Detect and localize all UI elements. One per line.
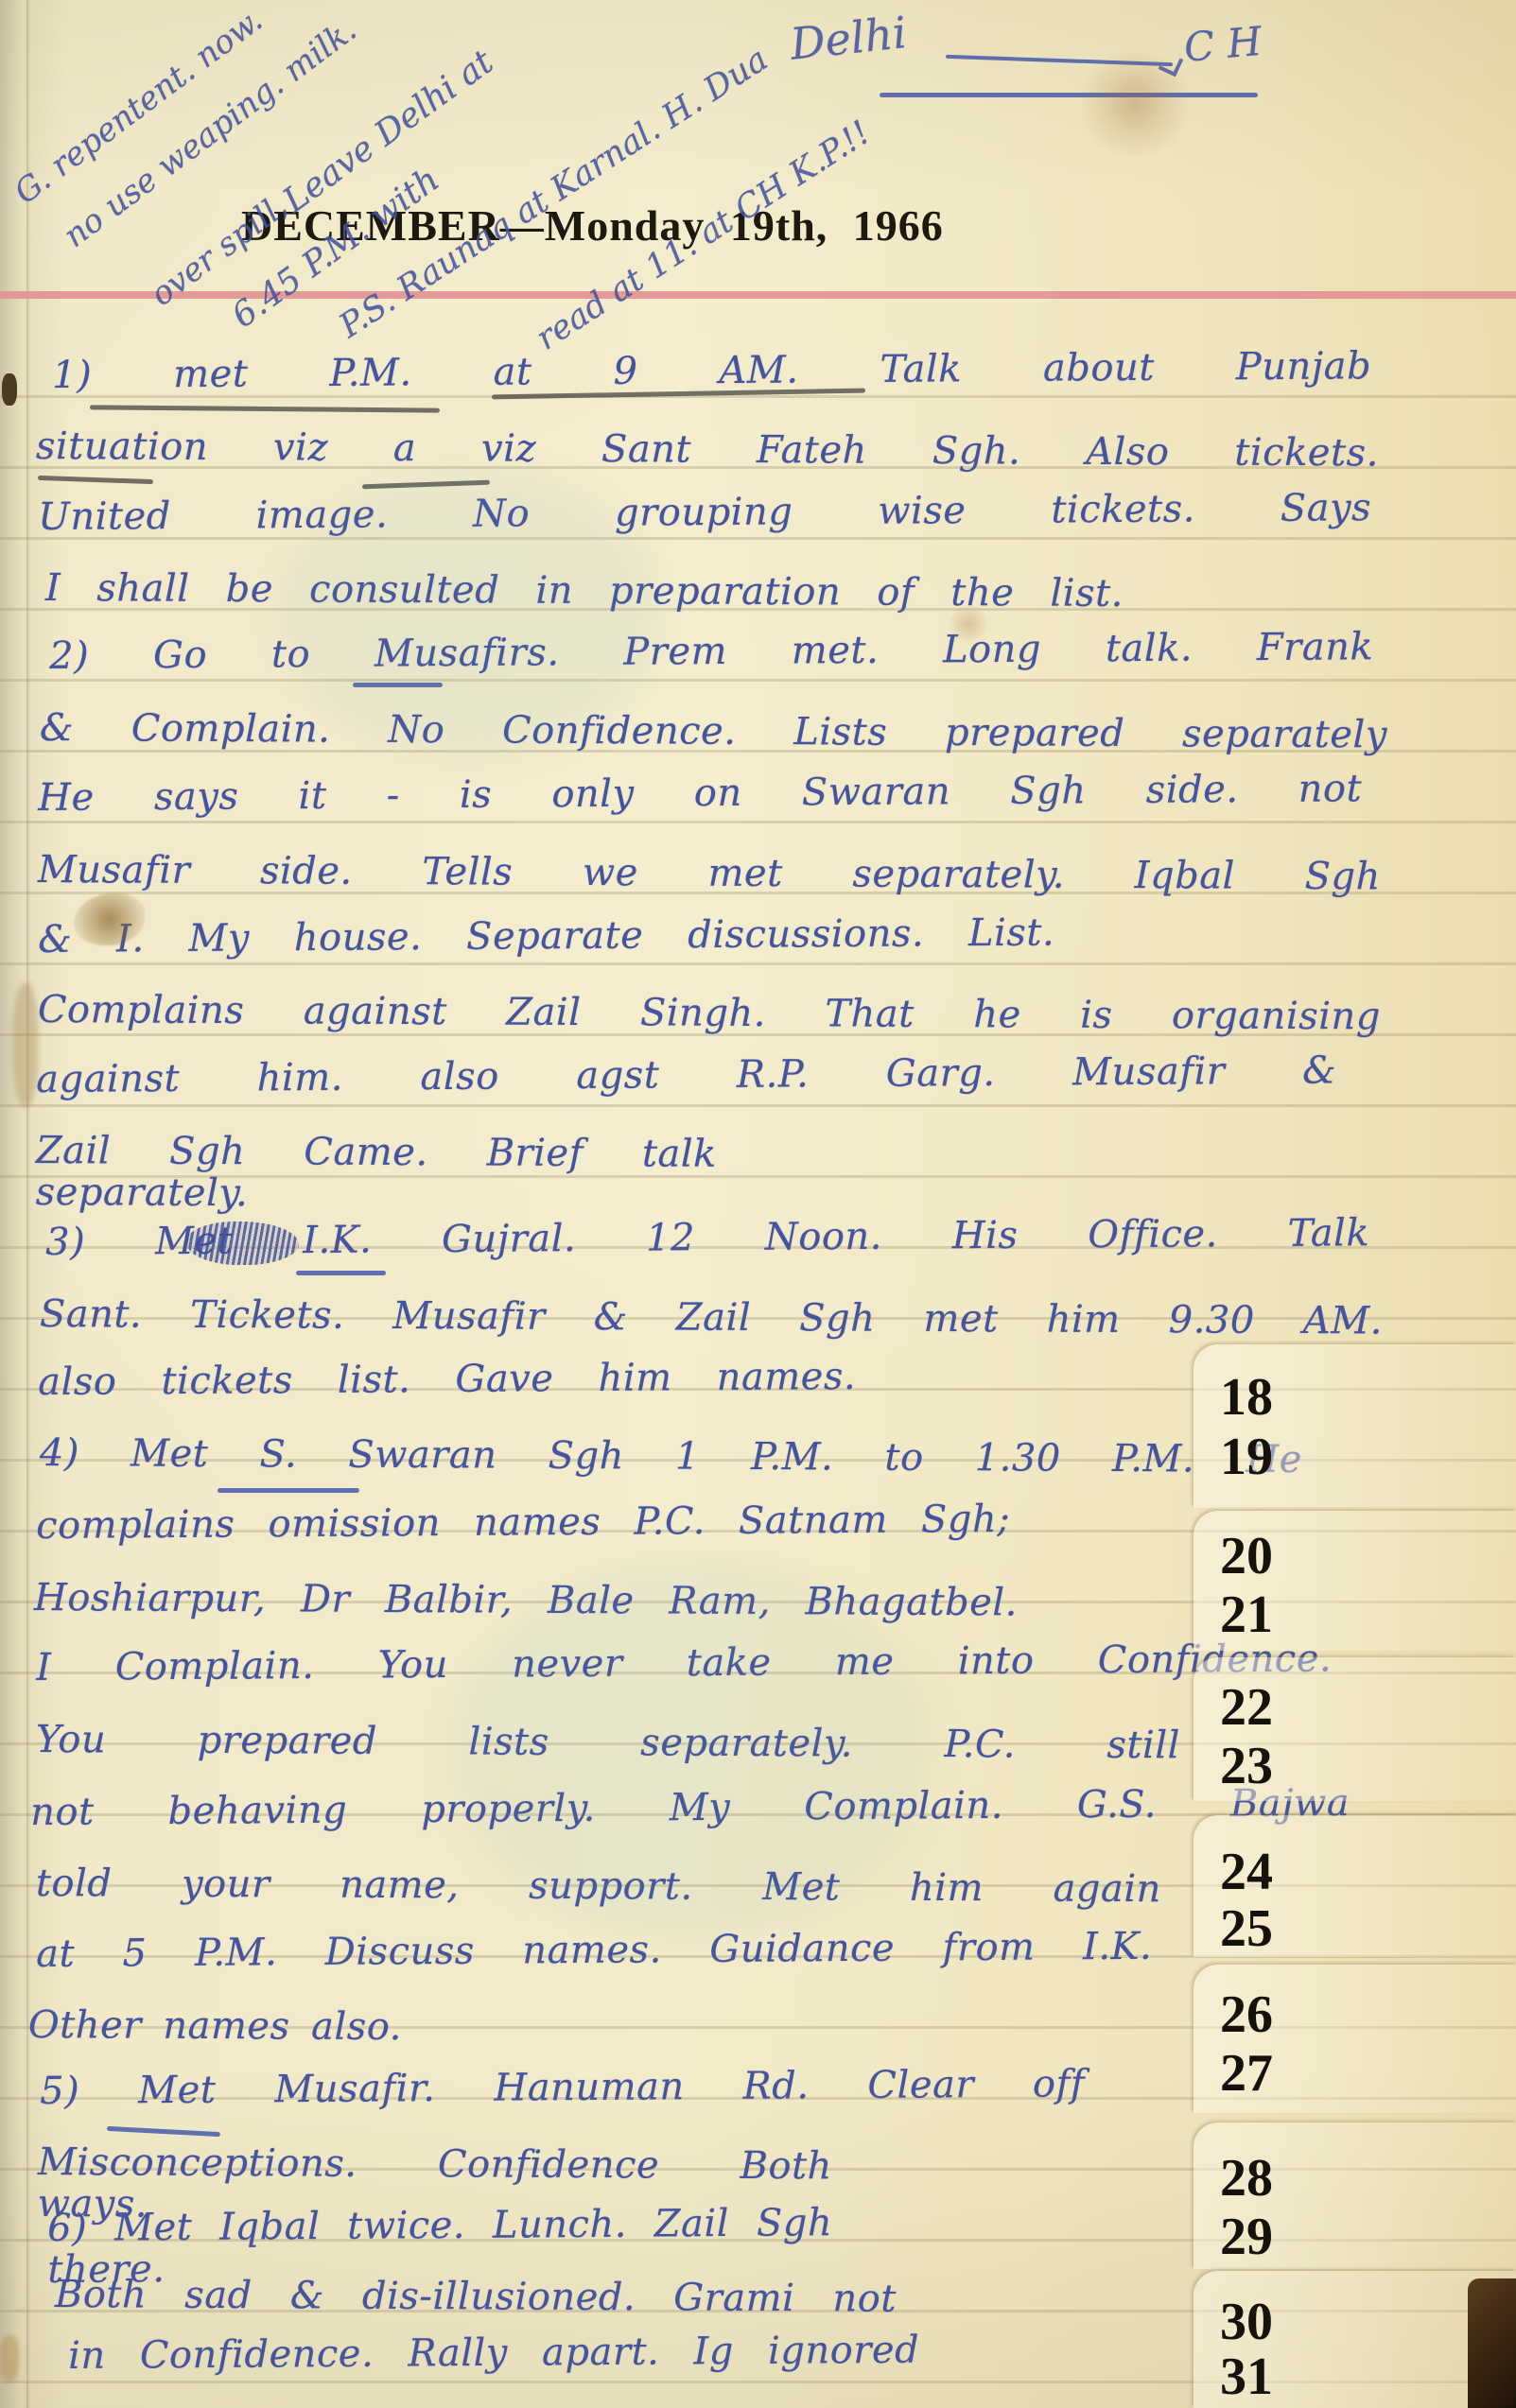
ink-bleed-smudge	[284, 473, 662, 756]
entry-line: & Complain. No Confidence. Lists prepare…	[40, 707, 1387, 755]
entry-line: against him. also agst R.P. Garg. Musafi…	[36, 1049, 1336, 1100]
date-tab-number: 27	[1220, 2047, 1273, 2100]
date-tab-number: 20	[1220, 1530, 1273, 1583]
route-arrow-head	[1159, 52, 1184, 78]
entry-line: Zail Sgh Came. Brief talk separately.	[36, 1130, 717, 1217]
entry-line: Both sad & dis-illusioned. Grami not	[55, 2274, 897, 2320]
date-tab-number: 24	[1220, 1845, 1273, 1898]
date-tab-number: 21	[1220, 1588, 1273, 1641]
entry-line: also tickets list. Gave him names.	[38, 1356, 856, 1403]
route-arrow-line	[946, 55, 1173, 66]
ink-bleed-smudge	[454, 1560, 927, 1938]
entry-line: United image. No grouping wise tickets. …	[38, 487, 1371, 538]
date-tab-number: 31	[1220, 2350, 1273, 2403]
date-tab-number: 22	[1220, 1681, 1273, 1734]
route-from-label: Delhi	[788, 7, 909, 70]
entry-line: complains omission names P.C. Satnam Sgh…	[36, 1499, 1010, 1547]
corner-shadow	[1468, 2278, 1516, 2408]
entry-line: 1) met P.M. at 9 AM. Talk about Punjab	[52, 345, 1371, 396]
red-header-rule	[0, 291, 1516, 299]
entry-line: He says it - is only on Swaran Sgh side.…	[38, 768, 1362, 819]
entry-line: Complains against Zail Singh. That he is…	[38, 989, 1381, 1037]
entry-line: in Confidence. Rally apart. Ig ignored	[68, 2330, 919, 2377]
scribbled-out-word	[187, 1221, 299, 1265]
date-tab-number: 29	[1220, 2210, 1273, 2263]
diary-page: DECEMBER—Monday 19th, 1966 G. repentent.…	[0, 0, 1516, 2408]
date-tab-number: 25	[1220, 1902, 1273, 1955]
date-tab-number: 23	[1220, 1740, 1273, 1793]
date-tab-number: 30	[1220, 2295, 1273, 2348]
route-to-label: C H	[1182, 18, 1263, 71]
underline-stroke	[218, 1488, 359, 1493]
entry-line: 5) Met Musafir. Hanuman Rd. Clear off	[40, 2063, 1085, 2112]
date-tab-number: 28	[1220, 2152, 1273, 2205]
date-tab-number: 19	[1220, 1430, 1273, 1483]
route-underline	[880, 93, 1258, 97]
entry-line: Other names also.	[28, 2004, 402, 2048]
entry-line: situation viz a viz Sant Fateh Sgh. Also…	[36, 425, 1379, 474]
entry-line: at 5 P.M. Discuss names. Guidance from I…	[36, 1926, 1152, 1975]
underline-stroke	[296, 1271, 386, 1275]
entry-line: & I. My house. Separate discussions. Lis…	[38, 911, 1054, 961]
entry-line: Sant. Tickets. Musafir & Zail Sgh met hi…	[40, 1293, 1383, 1342]
date-tab-number: 26	[1220, 1988, 1273, 2041]
entry-line: 2) Go to Musafirs. Prem met. Long talk. …	[49, 626, 1373, 677]
date-tab-number: 18	[1220, 1371, 1273, 1424]
entry-line: 4) Met S. Swaran Sgh 1 P.M. to 1.30 P.M.…	[40, 1432, 1302, 1481]
entry-line: Musafir side. Tells we met separately. I…	[38, 849, 1381, 897]
